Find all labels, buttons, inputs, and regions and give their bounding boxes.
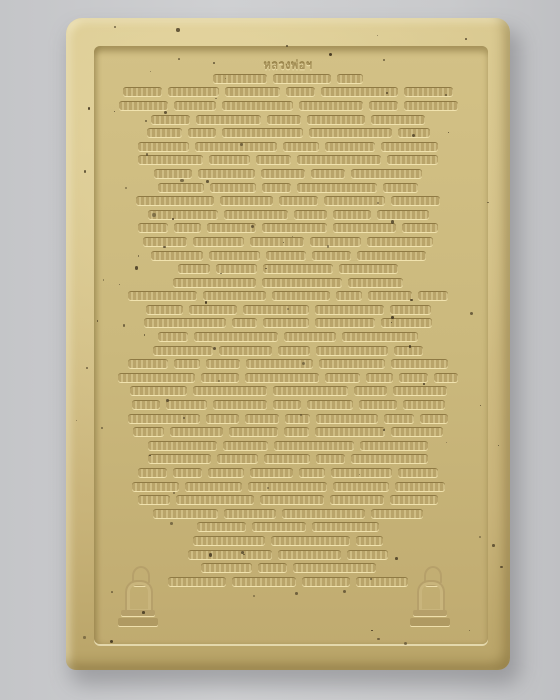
- inscription-word: [325, 143, 375, 151]
- inscription-word: [319, 360, 385, 368]
- inscription-word: [130, 387, 187, 395]
- inscription-word: [128, 292, 197, 300]
- inscription-line: [128, 194, 448, 208]
- inscription-word: [208, 469, 244, 477]
- inscription-word: [222, 129, 303, 137]
- inscription-word: [367, 238, 433, 246]
- left-shrine-icon: [118, 566, 160, 632]
- inscription-word: [222, 102, 293, 110]
- inscription-word: [188, 551, 272, 559]
- inscription-word: [434, 374, 458, 382]
- inscription-word: [153, 510, 218, 518]
- inscription-word: [371, 116, 425, 124]
- inscription-word: [147, 129, 182, 137]
- inscription-word: [252, 523, 306, 531]
- inscription-word: [267, 116, 301, 124]
- inscription-word: [138, 143, 189, 151]
- inscription-word: [348, 279, 403, 287]
- inscription-word: [316, 347, 388, 355]
- inscription-word: [273, 387, 348, 395]
- inscription-line: [173, 276, 403, 290]
- inscription-word: [297, 156, 381, 164]
- inscription-word: [381, 143, 438, 151]
- inscription-word: [173, 279, 256, 287]
- inscription-word: [285, 415, 310, 423]
- inscription-word: [206, 415, 239, 423]
- inscription-word: [315, 319, 375, 327]
- inscription-word: [119, 102, 168, 110]
- inscription-word: [118, 374, 195, 382]
- inscription-word: [307, 401, 353, 409]
- inscription-word: [347, 551, 388, 559]
- inscription-word: [395, 483, 445, 491]
- inscription-word: [316, 455, 345, 463]
- inscription-word: [351, 455, 428, 463]
- inscription-word: [174, 102, 216, 110]
- inscription-word: [143, 238, 187, 246]
- inscription-line: [128, 412, 448, 426]
- inscription-word: [393, 387, 447, 395]
- inscription-word: [213, 75, 267, 83]
- inscription-word: [154, 170, 192, 178]
- inscription-word: [166, 401, 207, 409]
- inscription-word: [337, 75, 363, 83]
- inscription-word: [286, 88, 315, 96]
- inscription-word: [261, 170, 305, 178]
- inscription-word: [148, 455, 211, 463]
- inscription-word: [357, 252, 426, 260]
- inscription-word: [398, 469, 438, 477]
- inscription-word: [377, 211, 429, 219]
- inscription-word: [138, 224, 168, 232]
- inscription-line: [148, 249, 428, 263]
- inscription-word: [272, 292, 330, 300]
- inscription-word: [273, 75, 331, 83]
- inscription-word: [284, 428, 309, 436]
- inscription-word: [278, 551, 341, 559]
- inscription-word: [243, 306, 309, 314]
- inscription-word: [132, 401, 160, 409]
- inscription-word: [170, 428, 223, 436]
- inscription-word: [356, 537, 383, 545]
- inscription-line: [138, 439, 438, 453]
- inscription-line: [143, 126, 433, 140]
- inscription-word: [174, 224, 201, 232]
- inscription-word: [146, 306, 183, 314]
- inscription-word: [258, 564, 287, 572]
- inscription-word: [133, 428, 164, 436]
- inscription-line: [138, 317, 438, 331]
- inscription-word: [330, 496, 384, 504]
- inscription-word: [128, 415, 200, 423]
- inscription-word: [189, 306, 237, 314]
- inscription-word: [297, 184, 377, 192]
- inscription-word: [248, 483, 327, 491]
- right-shrine-icon: [410, 566, 452, 632]
- inscription-word: [342, 333, 418, 341]
- inscription-line: [143, 167, 433, 181]
- inscription-word: [193, 238, 244, 246]
- inscription-word: [264, 455, 310, 463]
- inscription-word: [262, 184, 291, 192]
- inscription-line: [168, 575, 408, 589]
- inscription-word: [360, 442, 428, 450]
- inscription-line: [138, 493, 438, 507]
- inscription-word: [232, 578, 296, 586]
- inscription-word: [185, 483, 242, 491]
- inscription-word: [293, 564, 376, 572]
- inscription-line: [138, 453, 438, 467]
- inscription-word: [284, 333, 336, 341]
- inscription-word: [309, 129, 392, 137]
- inscription-word: [262, 224, 327, 232]
- inscription-word: [153, 347, 213, 355]
- inscription-word: [302, 578, 350, 586]
- inscription-line: [138, 466, 438, 480]
- inscription-word: [331, 469, 392, 477]
- inscription-word: [216, 265, 257, 273]
- inscription-word: [158, 333, 188, 341]
- inscription-word: [193, 387, 267, 395]
- inscription-word: [299, 102, 363, 110]
- inscription-word: [390, 306, 431, 314]
- inscription-word: [206, 360, 240, 368]
- inscription-word: [250, 238, 304, 246]
- inscription-word: [136, 197, 214, 205]
- amulet-tablet: หลวงพ่อฯ: [66, 18, 510, 670]
- inscription-word: [390, 496, 438, 504]
- inscription-word: [256, 156, 291, 164]
- inscription-word: [391, 197, 440, 205]
- inscription-word: [271, 537, 350, 545]
- inscription-word: [391, 428, 443, 436]
- inscription-word: [274, 442, 354, 450]
- inscription-word: [197, 523, 246, 531]
- inscription-word: [266, 252, 306, 260]
- inscription-word: [194, 333, 278, 341]
- inscription-word: [404, 102, 458, 110]
- inscription-word: [368, 292, 412, 300]
- inscription-word: [333, 224, 396, 232]
- inscription-line: [138, 140, 438, 154]
- inscription-word: [387, 156, 438, 164]
- inscription-word: [399, 374, 428, 382]
- inscription-word: [193, 537, 265, 545]
- inscription-word: [366, 374, 393, 382]
- inscription-word: [336, 292, 362, 300]
- inscription-word: [315, 428, 385, 436]
- inscription-word: [210, 184, 256, 192]
- inscription-word: [383, 184, 418, 192]
- inscription-body: [66, 72, 510, 589]
- inscription-word: [402, 224, 438, 232]
- inscription-word: [209, 156, 250, 164]
- inscription-word: [224, 211, 288, 219]
- inscription-word: [356, 578, 408, 586]
- inscription-word: [359, 401, 397, 409]
- inscription-line: [123, 398, 453, 412]
- inscription-word: [333, 483, 389, 491]
- inscription-word: [351, 170, 422, 178]
- inscription-line: [188, 521, 388, 535]
- inscription-word: [394, 347, 423, 355]
- inscription-word: [282, 510, 365, 518]
- inscription-line: [118, 99, 458, 113]
- inscription-word: [371, 510, 423, 518]
- inscription-word: [198, 170, 255, 178]
- inscription-word: [381, 319, 432, 327]
- inscription-word: [148, 211, 218, 219]
- inscription-word: [196, 116, 261, 124]
- inscription-word: [176, 496, 254, 504]
- inscription-word: [195, 143, 277, 151]
- inscription-line: [128, 385, 448, 399]
- inscription-word: [312, 252, 351, 260]
- inscription-word: [263, 319, 309, 327]
- inscription-word: [245, 415, 279, 423]
- inscription-line: [153, 344, 423, 358]
- inscription-word: [229, 428, 278, 436]
- inscription-word: [132, 483, 179, 491]
- inscription-word: [144, 319, 226, 327]
- inscription-word: [307, 116, 365, 124]
- inscription-word: [128, 360, 168, 368]
- inscription-word: [324, 197, 385, 205]
- inscription-word: [299, 469, 325, 477]
- inscription-line: [123, 86, 453, 100]
- inscription-line: [178, 262, 398, 276]
- inscription-word: [283, 143, 319, 151]
- inscription-line: [193, 534, 383, 548]
- inscription-word: [403, 401, 445, 409]
- inscription-line: [128, 290, 448, 304]
- inscription-word: [138, 469, 167, 477]
- inscription-line: [128, 357, 448, 371]
- inscription-word: [316, 415, 378, 423]
- inscription-word: [213, 401, 267, 409]
- inscription-word: [278, 347, 310, 355]
- inscription-line: [158, 181, 418, 195]
- inscription-word: [201, 564, 252, 572]
- inscription-word: [311, 170, 345, 178]
- inscription-word: [168, 578, 226, 586]
- inscription-word: [174, 360, 200, 368]
- inscription-word: [173, 469, 202, 477]
- inscription-line: [128, 480, 448, 494]
- inscription-word: [333, 211, 371, 219]
- inscription-line: [128, 425, 448, 439]
- inscription-word: [315, 306, 384, 314]
- inscription-line: [138, 154, 438, 168]
- inscription-word: [250, 469, 293, 477]
- inscription-word: [232, 319, 257, 327]
- inscription-word: [217, 455, 258, 463]
- inscription-word: [168, 88, 219, 96]
- inscription-word: [391, 360, 448, 368]
- inscription-line: [143, 235, 433, 249]
- inscription-word: [223, 442, 268, 450]
- inscription-word: [224, 510, 276, 518]
- inscription-line: [138, 113, 438, 127]
- inscription-word: [294, 211, 327, 219]
- inscription-line: [198, 561, 378, 575]
- inscription-word: [151, 116, 190, 124]
- inscription-word: [369, 102, 398, 110]
- inscription-word: [225, 88, 280, 96]
- inscription-line: [153, 507, 423, 521]
- inscription-word: [188, 129, 216, 137]
- inscription-word: [220, 197, 273, 205]
- inscription-word: [260, 496, 324, 504]
- inscription-word: [354, 387, 387, 395]
- inscription-word: [148, 442, 217, 450]
- inscription-word: [151, 252, 203, 260]
- inscription-word: [207, 224, 256, 232]
- inscription-word: [263, 265, 333, 273]
- inscription-word: [279, 197, 318, 205]
- inscription-word: [339, 265, 398, 273]
- inscription-word: [158, 184, 204, 192]
- inscription-line: [158, 330, 418, 344]
- inscription-word: [384, 415, 414, 423]
- inscription-word: [312, 523, 379, 531]
- inscription-word: [203, 292, 266, 300]
- inscription-word: [219, 347, 272, 355]
- inscription-line: [188, 548, 388, 562]
- inscription-line: [118, 371, 458, 385]
- inscription-word: [123, 88, 162, 96]
- inscription-word: [310, 238, 361, 246]
- inscription-word: [138, 156, 203, 164]
- inscription-line: [138, 222, 438, 236]
- inscription-word: [325, 374, 360, 382]
- inscription-word: [420, 415, 448, 423]
- inscription-word: [209, 252, 260, 260]
- inscription-word: [178, 265, 210, 273]
- inscription-line: [213, 72, 363, 86]
- inscription-word: [262, 279, 342, 287]
- inscription-word: [418, 292, 448, 300]
- inscription-word: [138, 496, 170, 504]
- inscription-word: [273, 401, 301, 409]
- inscription-word: [245, 374, 319, 382]
